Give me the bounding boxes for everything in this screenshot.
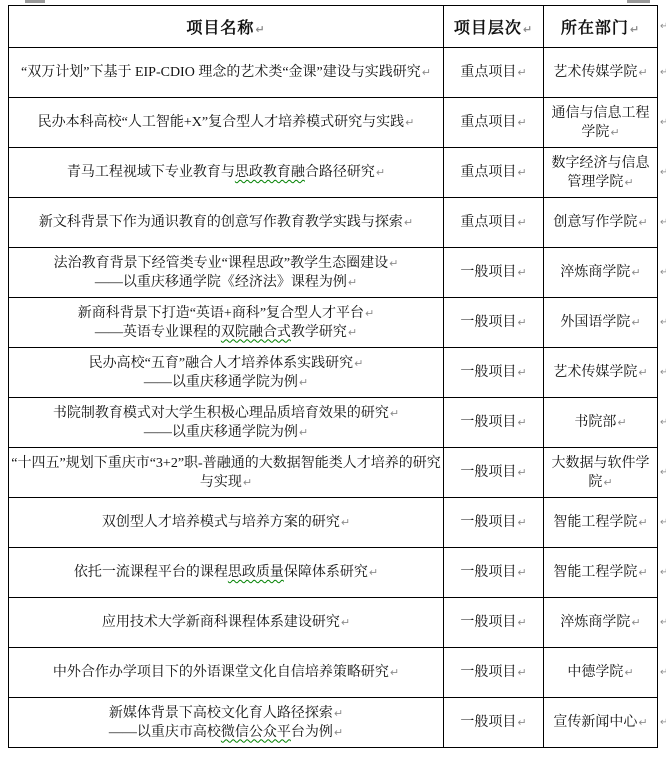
project-level-cell[interactable]: 一般项目↵ <box>444 398 544 448</box>
project-name-paragraph: ——以重庆移通学院为例↵ <box>11 373 441 392</box>
project-name-paragraph: 应用技术大学新商科课程体系建设研究↵ <box>11 613 441 632</box>
department-cell[interactable]: 大数据与软件学院↵ <box>544 448 658 498</box>
table-row: 青马工程视域下专业教育与思政教育融合路径研究↵重点项目↵数字经济与信息管理学院↵ <box>9 148 658 198</box>
word-document-page: { "colors": { "table_border": "#000000",… <box>0 0 666 770</box>
project-name-paragraph: 书院制教育模式对大学生积极心理品质培育效果的研究↵ <box>11 404 441 423</box>
paragraph-mark-icon: ↵ <box>348 326 357 339</box>
department-cell[interactable]: 通信与信息工程学院↵ <box>544 98 658 148</box>
project-level-cell[interactable]: 一般项目↵ <box>444 548 544 598</box>
text-run: 应用技术大学新商科课程体系建设研究 <box>102 615 340 630</box>
text-run: ——以重庆移通学院为例 <box>144 375 298 390</box>
paragraph-mark-icon: ↵ <box>517 116 526 129</box>
paragraph-mark-icon: ↵ <box>376 166 385 179</box>
header-department[interactable]: 所在部门↵ <box>544 6 658 48</box>
department-cell[interactable]: 智能工程学院↵ <box>544 548 658 598</box>
project-name-paragraph: 新文科背景下作为通识教育的创意写作教育教学实践与探索↵ <box>11 213 441 232</box>
end-of-row-mark-icon: ↵ <box>660 168 666 178</box>
department-cell[interactable]: 外国语学院↵ <box>544 298 658 348</box>
end-of-row-mark-icon: ↵ <box>660 718 666 728</box>
paragraph-mark-icon: ↵ <box>517 416 526 429</box>
header-project-name-label: 项目名称 <box>186 20 254 37</box>
text-run: ——英语专业课程的 <box>95 325 221 340</box>
project-level-text: 一般项目 <box>460 315 516 330</box>
paragraph-mark-icon: ↵ <box>390 666 399 679</box>
paragraph-mark-icon: ↵ <box>624 176 633 189</box>
project-name-paragraph: ——以重庆市高校微信公众平台为例↵ <box>11 723 441 742</box>
paragraph-mark-icon: ↵ <box>334 707 343 720</box>
project-level-text: 重点项目 <box>460 215 516 230</box>
end-of-row-mark-icon: ↵ <box>660 568 666 578</box>
paragraph-mark-icon: ↵ <box>354 357 363 370</box>
department-cell[interactable]: 书院部↵ <box>544 398 658 448</box>
end-of-row-mark-icon: ↵ <box>660 418 666 428</box>
end-of-row-mark-icon: ↵ <box>660 368 666 378</box>
paragraph-mark-icon: ↵ <box>299 376 308 389</box>
project-level-cell[interactable]: 一般项目↵ <box>444 298 544 348</box>
project-name-cell[interactable]: 应用技术大学新商科课程体系建设研究↵ <box>9 598 444 648</box>
project-name-paragraph: 青马工程视域下专业教育与思政教育融合路径研究↵ <box>11 163 441 182</box>
text-run: 中外合作办学项目下的外语课堂文化自信培养策略研究 <box>53 665 389 680</box>
project-level-cell[interactable]: 一般项目↵ <box>444 648 544 698</box>
department-text: 宣传新闻中心 <box>553 715 637 730</box>
paragraph-mark-icon: ↵ <box>517 566 526 579</box>
text-run: “双万计划”下基于 EIP-CDIO 理念的艺术类“金课”建设与实践研究 <box>21 65 421 80</box>
project-level-cell[interactable]: 重点项目↵ <box>444 198 544 248</box>
project-name-cell[interactable]: 双创型人才培养模式与培养方案的研究↵ <box>9 498 444 548</box>
end-of-row-mark-icon: ↵ <box>660 468 666 478</box>
department-text: 淬炼商学院 <box>560 265 630 280</box>
end-of-row-mark-icon: ↵ <box>660 118 666 128</box>
text-run: 民办本科高校“人工智能+X”复合型人才培养模式研究与实践 <box>38 115 404 130</box>
project-name-paragraph: 民办高校“五育”融合人才培养体系实践研究↵ <box>11 354 441 373</box>
paragraph-mark-icon: ↵ <box>638 216 647 229</box>
project-name-paragraph: ——以重庆移通学院为例↵ <box>11 423 441 442</box>
department-cell[interactable]: 中德学院↵ <box>544 648 658 698</box>
paragraph-mark-icon: ↵ <box>603 476 612 489</box>
project-name-cell[interactable]: “十四五”规划下重庆市“3+2”职-普融通的大数据智能类人才培养的研究与实现↵ <box>9 448 444 498</box>
text-run: 民办高校“五育”融合人才培养体系实践研究 <box>89 356 353 371</box>
paragraph-mark-icon: ↵ <box>369 566 378 579</box>
misspelled-text-run: 微信公众平 <box>221 725 291 740</box>
department-cell[interactable]: 宣传新闻中心↵ <box>544 698 658 748</box>
project-level-cell[interactable]: 重点项目↵ <box>444 48 544 98</box>
paragraph-mark-icon: ↵ <box>517 166 526 179</box>
paragraph-mark-icon: ↵ <box>610 126 619 139</box>
table-row: 双创型人才培养模式与培养方案的研究↵一般项目↵智能工程学院↵ <box>9 498 658 548</box>
header-project-name[interactable]: 项目名称↵ <box>9 6 444 48</box>
end-of-row-mark-icon: ↵ <box>660 22 666 32</box>
paragraph-mark-icon: ↵ <box>348 276 357 289</box>
department-cell[interactable]: 淬炼商学院↵ <box>544 598 658 648</box>
text-run: ——以重庆市高校 <box>109 725 221 740</box>
paragraph-mark-icon: ↵ <box>517 266 526 279</box>
department-text: 创意写作学院 <box>553 215 637 230</box>
table-row: 依托一流课程平台的课程思政质量保障体系研究↵一般项目↵智能工程学院↵ <box>9 548 658 598</box>
header-project-level[interactable]: 项目层次↵ <box>444 6 544 48</box>
project-name-paragraph: 新媒体背景下高校文化育人路径探索↵ <box>11 704 441 723</box>
paragraph-mark-icon: ↵ <box>365 307 374 320</box>
project-name-cell[interactable]: 法治教育背景下经管类专业“课程思政”教学生态圈建设↵——以重庆移通学院《经济法》… <box>9 248 444 298</box>
project-level-text: 一般项目 <box>460 265 516 280</box>
table-row: 民办本科高校“人工智能+X”复合型人才培养模式研究与实践↵重点项目↵通信与信息工… <box>9 98 658 148</box>
ruler-tab-fragment-right <box>627 0 650 3</box>
table-row: 应用技术大学新商科课程体系建设研究↵一般项目↵淬炼商学院↵ <box>9 598 658 648</box>
paragraph-mark-icon: ↵ <box>255 23 265 36</box>
header-project-level-label: 项目层次 <box>454 20 522 37</box>
text-run: 新商科背景下打造“英语+商科”复合型人才平台 <box>78 306 364 321</box>
paragraph-mark-icon: ↵ <box>523 23 533 36</box>
project-name-paragraph: ——英语专业课程的双院融合式教学研究↵ <box>11 323 441 342</box>
text-run: 保障体系研究 <box>284 565 368 580</box>
project-level-cell[interactable]: 一般项目↵ <box>444 348 544 398</box>
department-cell[interactable]: 数字经济与信息管理学院↵ <box>544 148 658 198</box>
project-name-cell[interactable]: 依托一流课程平台的课程思政质量保障体系研究↵ <box>9 548 444 598</box>
department-text: 外国语学院 <box>560 315 630 330</box>
misspelled-text-run: 思政教育融 <box>235 165 305 180</box>
paragraph-mark-icon: ↵ <box>631 616 640 629</box>
table-row: 中外合作办学项目下的外语课堂文化自信培养策略研究↵一般项目↵中德学院↵ <box>9 648 658 698</box>
project-level-cell[interactable]: 重点项目↵ <box>444 98 544 148</box>
paragraph-mark-icon: ↵ <box>630 23 640 36</box>
end-of-row-mark-icon: ↵ <box>660 668 666 678</box>
paragraph-mark-icon: ↵ <box>389 257 398 270</box>
paragraph-mark-icon: ↵ <box>517 66 526 79</box>
project-level-cell[interactable]: 一般项目↵ <box>444 448 544 498</box>
table-row: 新商科背景下打造“英语+商科”复合型人才平台↵——英语专业课程的双院融合式教学研… <box>9 298 658 348</box>
department-text: 智能工程学院 <box>553 565 637 580</box>
project-name-cell[interactable]: 新文科背景下作为通识教育的创意写作教育教学实践与探索↵ <box>9 198 444 248</box>
text-run: ——以重庆移通学院《经济法》课程为例 <box>95 275 347 290</box>
paragraph-mark-icon: ↵ <box>517 616 526 629</box>
project-name-paragraph: 中外合作办学项目下的外语课堂文化自信培养策略研究↵ <box>11 663 441 682</box>
department-cell[interactable]: 淬炼商学院↵ <box>544 248 658 298</box>
department-text: 大数据与软件学院 <box>552 456 650 490</box>
department-cell[interactable]: 创意写作学院↵ <box>544 198 658 248</box>
text-run: 依托一流课程平台的课程 <box>74 565 228 580</box>
project-name-cell[interactable]: 青马工程视域下专业教育与思政教育融合路径研究↵ <box>9 148 444 198</box>
project-name-paragraph: 民办本科高校“人工智能+X”复合型人才培养模式研究与实践↵ <box>11 113 441 132</box>
project-name-cell[interactable]: 民办高校“五育”融合人才培养体系实践研究↵——以重庆移通学院为例↵ <box>9 348 444 398</box>
paragraph-mark-icon: ↵ <box>299 426 308 439</box>
project-name-paragraph: “十四五”规划下重庆市“3+2”职-普融通的大数据智能类人才培养的研究与实现↵ <box>11 454 441 492</box>
project-level-text: 一般项目 <box>460 465 516 480</box>
department-text: 艺术传媒学院 <box>553 365 637 380</box>
table-header-row: 项目名称↵ 项目层次↵ 所在部门↵ <box>9 6 658 48</box>
project-level-text: 一般项目 <box>460 565 516 580</box>
paragraph-mark-icon: ↵ <box>341 516 350 529</box>
paragraph-mark-icon: ↵ <box>638 366 647 379</box>
end-of-row-mark-icon: ↵ <box>660 618 666 628</box>
table-body: “双万计划”下基于 EIP-CDIO 理念的艺术类“金课”建设与实践研究↵重点项… <box>9 48 658 748</box>
paragraph-mark-icon: ↵ <box>517 516 526 529</box>
project-name-cell[interactable]: 中外合作办学项目下的外语课堂文化自信培养策略研究↵ <box>9 648 444 698</box>
paragraph-mark-icon: ↵ <box>517 666 526 679</box>
project-name-cell[interactable]: 新商科背景下打造“英语+商科”复合型人才平台↵——英语专业课程的双院融合式教学研… <box>9 298 444 348</box>
project-level-text: 重点项目 <box>460 65 516 80</box>
project-name-paragraph: 依托一流课程平台的课程思政质量保障体系研究↵ <box>11 563 441 582</box>
paragraph-mark-icon: ↵ <box>638 66 647 79</box>
paragraph-mark-icon: ↵ <box>517 316 526 329</box>
project-level-text: 一般项目 <box>460 415 516 430</box>
project-level-cell[interactable]: 一般项目↵ <box>444 248 544 298</box>
paragraph-mark-icon: ↵ <box>631 266 640 279</box>
text-run: 双创型人才培养模式与培养方案的研究 <box>102 515 340 530</box>
table-row: 新媒体背景下高校文化育人路径探索↵——以重庆市高校微信公众平台为例↵一般项目↵宣… <box>9 698 658 748</box>
project-name-paragraph: “双万计划”下基于 EIP-CDIO 理念的艺术类“金课”建设与实践研究↵ <box>11 63 441 82</box>
project-name-cell[interactable]: 新媒体背景下高校文化育人路径探索↵——以重庆市高校微信公众平台为例↵ <box>9 698 444 748</box>
project-level-text: 重点项目 <box>460 165 516 180</box>
text-run: 教学研究 <box>291 325 347 340</box>
department-text: 中德学院 <box>567 665 623 680</box>
project-level-text: 一般项目 <box>460 615 516 630</box>
project-level-text: 一般项目 <box>460 365 516 380</box>
end-of-row-mark-icon: ↵ <box>660 68 666 78</box>
end-of-row-mark-icon: ↵ <box>660 318 666 328</box>
paragraph-mark-icon: ↵ <box>243 476 252 489</box>
department-text: 智能工程学院 <box>553 515 637 530</box>
project-level-text: 一般项目 <box>460 715 516 730</box>
end-of-row-mark-icon: ↵ <box>660 218 666 228</box>
text-run: 法治教育背景下经管类专业“课程思政”教学生态圈建设 <box>54 256 388 271</box>
department-cell[interactable]: 艺术传媒学院↵ <box>544 348 658 398</box>
paragraph-mark-icon: ↵ <box>390 407 399 420</box>
project-level-cell[interactable]: 一般项目↵ <box>444 498 544 548</box>
paragraph-mark-icon: ↵ <box>617 416 626 429</box>
project-name-cell[interactable]: 民办本科高校“人工智能+X”复合型人才培养模式研究与实践↵ <box>9 98 444 148</box>
paragraph-mark-icon: ↵ <box>405 116 414 129</box>
header-department-label: 所在部门 <box>561 20 629 37</box>
text-run: 合路径研究 <box>305 165 375 180</box>
project-name-paragraph: 双创型人才培养模式与培养方案的研究↵ <box>11 513 441 532</box>
department-text: 淬炼商学院 <box>560 615 630 630</box>
paragraph-mark-icon: ↵ <box>631 316 640 329</box>
paragraph-mark-icon: ↵ <box>404 216 413 229</box>
projects-table: 项目名称↵ 项目层次↵ 所在部门↵ “双万计划”下基于 EIP-CDIO 理念的… <box>8 5 658 748</box>
project-level-text: 一般项目 <box>460 665 516 680</box>
paragraph-mark-icon: ↵ <box>422 66 431 79</box>
department-cell[interactable]: 智能工程学院↵ <box>544 498 658 548</box>
paragraph-mark-icon: ↵ <box>517 216 526 229</box>
project-name-paragraph: 法治教育背景下经管类专业“课程思政”教学生态圈建设↵ <box>11 254 441 273</box>
misspelled-text-run: 双院融合式 <box>221 325 291 340</box>
text-run: 青马工程视域下专业教育与 <box>67 165 235 180</box>
department-text: 通信与信息工程学院 <box>552 106 650 140</box>
paragraph-mark-icon: ↵ <box>638 716 647 729</box>
project-level-cell[interactable]: 一般项目↵ <box>444 698 544 748</box>
paragraph-mark-icon: ↵ <box>517 466 526 479</box>
ruler-tab-fragment-left <box>25 0 45 3</box>
table-row: 新文科背景下作为通识教育的创意写作教育教学实践与探索↵重点项目↵创意写作学院↵ <box>9 198 658 248</box>
table-row: 民办高校“五育”融合人才培养体系实践研究↵——以重庆移通学院为例↵一般项目↵艺术… <box>9 348 658 398</box>
department-text: 艺术传媒学院 <box>553 65 637 80</box>
department-cell[interactable]: 艺术传媒学院↵ <box>544 48 658 98</box>
misspelled-text-run: 思政质量 <box>228 565 284 580</box>
end-of-row-mark-icon: ↵ <box>660 268 666 278</box>
department-text: 书院部 <box>574 415 616 430</box>
text-run: ——以重庆移通学院为例 <box>144 425 298 440</box>
paragraph-mark-icon: ↵ <box>517 716 526 729</box>
paragraph-mark-icon: ↵ <box>341 616 350 629</box>
text-run: 台为例 <box>291 725 333 740</box>
paragraph-mark-icon: ↵ <box>517 366 526 379</box>
table-row: 法治教育背景下经管类专业“课程思政”教学生态圈建设↵——以重庆移通学院《经济法》… <box>9 248 658 298</box>
project-level-text: 一般项目 <box>460 515 516 530</box>
project-level-cell[interactable]: 重点项目↵ <box>444 148 544 198</box>
table-row: “双万计划”下基于 EIP-CDIO 理念的艺术类“金课”建设与实践研究↵重点项… <box>9 48 658 98</box>
paragraph-mark-icon: ↵ <box>334 726 343 739</box>
end-of-row-mark-icon: ↵ <box>660 518 666 528</box>
project-name-cell[interactable]: “双万计划”下基于 EIP-CDIO 理念的艺术类“金课”建设与实践研究↵ <box>9 48 444 98</box>
project-name-paragraph: 新商科背景下打造“英语+商科”复合型人才平台↵ <box>11 304 441 323</box>
paragraph-mark-icon: ↵ <box>638 516 647 529</box>
table-row: “十四五”规划下重庆市“3+2”职-普融通的大数据智能类人才培养的研究与实现↵一… <box>9 448 658 498</box>
project-name-cell[interactable]: 书院制教育模式对大学生积极心理品质培育效果的研究↵——以重庆移通学院为例↵ <box>9 398 444 448</box>
project-name-paragraph: ——以重庆移通学院《经济法》课程为例↵ <box>11 273 441 292</box>
paragraph-mark-icon: ↵ <box>638 566 647 579</box>
table-row: 书院制教育模式对大学生积极心理品质培育效果的研究↵——以重庆移通学院为例↵一般项… <box>9 398 658 448</box>
paragraph-mark-icon: ↵ <box>624 666 633 679</box>
text-run: 新媒体背景下高校文化育人路径探索 <box>109 706 333 721</box>
project-level-cell[interactable]: 一般项目↵ <box>444 598 544 648</box>
department-text: 数字经济与信息管理学院 <box>552 156 650 190</box>
text-run: 书院制教育模式对大学生积极心理品质培育效果的研究 <box>53 406 389 421</box>
text-run: “十四五”规划下重庆市“3+2”职-普融通的大数据智能类人才培养的研究与实现 <box>11 456 440 490</box>
text-run: 新文科背景下作为通识教育的创意写作教育教学实践与探索 <box>39 215 403 230</box>
project-level-text: 重点项目 <box>460 115 516 130</box>
